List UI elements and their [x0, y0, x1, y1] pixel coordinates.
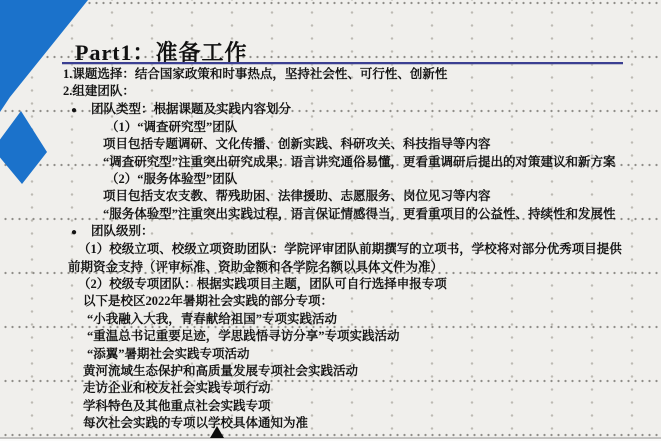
line-text: “小我融入大我，青春献给祖国”专项实践活动	[87, 311, 337, 328]
line-text: “重温总书记重要足迹，学思践悟寻访分享”专项实践活动	[87, 328, 400, 345]
text-line: 1.课题选择：结合国家政策和时事热点，坚持社会性、可行性、创新性	[63, 66, 648, 83]
text-line: 2.组建团队：	[63, 83, 648, 100]
bullet-icon: ●	[71, 102, 91, 119]
text-line: （2）“服务体验型”团队	[63, 171, 648, 188]
line-text: 团队类型：根据课题及实践内容划分	[91, 101, 291, 118]
line-text: 以下是校区2022年暑期社会实践的部分专项：	[83, 293, 333, 310]
title-underline	[62, 62, 623, 64]
text-line: 走访企业和校友社会实践专项行动	[63, 380, 648, 397]
bullet-line: ●团队类型：根据课题及实践内容划分	[63, 101, 648, 119]
line-text: 团队级别：	[91, 223, 154, 240]
line-text: “添翼”暑期社会实践专项活动	[87, 346, 250, 363]
line-text: （1）“调查研究型”团队	[106, 119, 237, 136]
line-text: 2.组建团队：	[63, 83, 135, 100]
text-line: “服务体验型”注重突出实践过程，语言保证情感得当，更看重项目的公益性、持续性和发…	[63, 206, 648, 223]
line-text: 走访企业和校友社会实践专项行动	[83, 380, 271, 397]
text-line: 学科特色及其他重点社会实践专项	[63, 398, 648, 415]
text-line: “添翼”暑期社会实践专项活动	[63, 346, 648, 363]
text-line: 黄河流域生态保护和高质量发展专项社会实践活动	[63, 363, 648, 380]
slide: Part1：准备工作 1.课题选择：结合国家政策和时事热点，坚持社会性、可行性、…	[0, 0, 661, 441]
text-line: 项目包括支农支教、帮残助困、法律援助、志愿服务、岗位见习等内容	[63, 188, 648, 205]
line-text: 项目包括专题调研、文化传播、创新实践、科研攻关、科技指导等内容	[103, 136, 491, 153]
text-line: （2）校级专项团队：根据实践项目主题，团队可自行选择申报专项	[63, 276, 648, 293]
bullet-icon: ●	[71, 224, 91, 241]
slide-body: 1.课题选择：结合国家政策和时事热点，坚持社会性、可行性、创新性2.组建团队：●…	[63, 66, 648, 432]
arrow-diamond-shape	[0, 111, 47, 184]
line-text: 1.课题选择：结合国家政策和时事热点，坚持社会性、可行性、创新性	[63, 66, 447, 83]
text-line: “小我融入大我，青春献给祖国”专项实践活动	[63, 311, 648, 328]
bottom-divider	[0, 437, 661, 441]
line-text: “服务体验型”注重突出实践过程，语言保证情感得当，更看重项目的公益性、持续性和发…	[103, 206, 616, 223]
line-text: 前期资金支持（评审标准、资助金额和各学院名额以具体文件为准）	[68, 259, 443, 276]
text-line: （1）校级立项、校级立项资助团队：学院评审团队前期撰写的立项书，学校将对部分优秀…	[63, 241, 648, 258]
text-line: 项目包括专题调研、文化传播、创新实践、科研攻关、科技指导等内容	[63, 136, 648, 153]
line-text: 学科特色及其他重点社会实践专项	[83, 398, 271, 415]
text-line: “重温总书记重要足迹，学思践悟寻访分享”专项实践活动	[63, 328, 648, 345]
line-text: 每次社会实践的专项以学校具体通知为准	[83, 415, 308, 432]
line-text: 黄河流域生态保护和高质量发展专项社会实践活动	[83, 363, 358, 380]
text-line: 前期资金支持（评审标准、资助金额和各学院名额以具体文件为准）	[63, 259, 648, 276]
cursor-marker-icon	[210, 426, 224, 438]
line-text: “调查研究型”注重突出研究成果；语言讲究通俗易懂，更看重调研后提出的对策建议和新…	[103, 154, 616, 171]
text-line: “调查研究型”注重突出研究成果；语言讲究通俗易懂，更看重调研后提出的对策建议和新…	[63, 154, 648, 171]
line-text: （2）校级专项团队：根据实践项目主题，团队可自行选择申报专项	[78, 276, 447, 293]
line-text: （1）校级立项、校级立项资助团队：学院评审团队前期撰写的立项书，学校将对部分优秀…	[78, 241, 622, 258]
text-line: 每次社会实践的专项以学校具体通知为准	[63, 415, 648, 432]
text-line: 以下是校区2022年暑期社会实践的部分专项：	[63, 293, 648, 310]
bullet-line: ●团队级别：	[63, 223, 648, 241]
text-line: （1）“调查研究型”团队	[63, 119, 648, 136]
line-text: 项目包括支农支教、帮残助困、法律援助、志愿服务、岗位见习等内容	[103, 188, 491, 205]
line-text: （2）“服务体验型”团队	[106, 171, 237, 188]
